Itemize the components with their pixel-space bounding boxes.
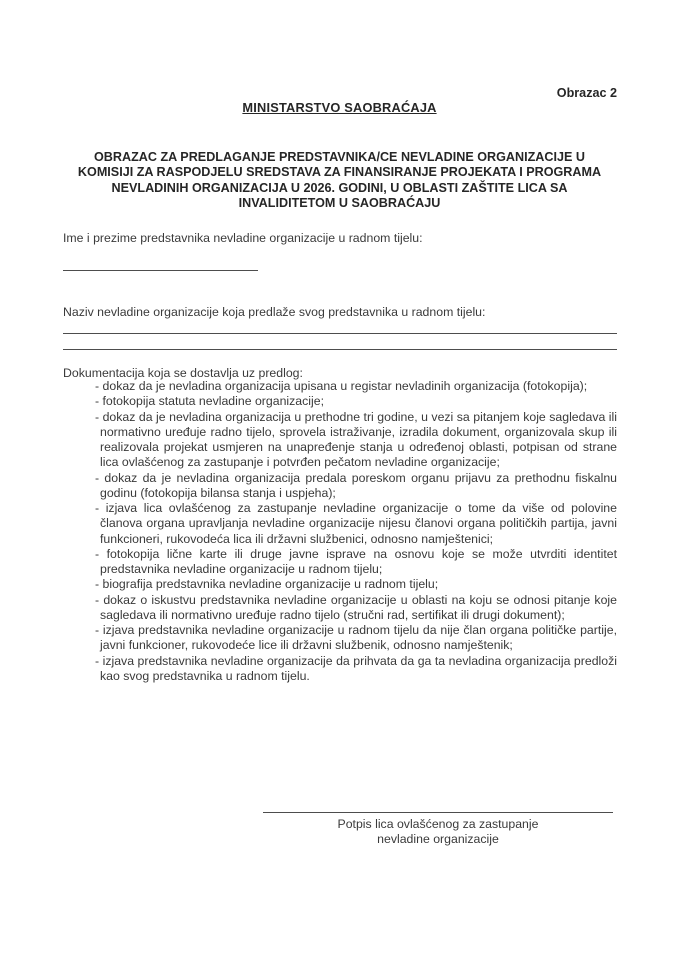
documentation-item: - fotokopija lične karte ili druge javne… — [95, 547, 617, 578]
representative-name-label: Ime i prezime predstavnika nevladine org… — [63, 231, 423, 245]
documentation-list: - dokaz da je nevladina organizacija upi… — [95, 379, 617, 684]
document-title-line-4: INVALIDITETOM U SAOBRAĆAJU — [40, 196, 639, 211]
document-title: OBRAZAC ZA PREDLAGANJE PREDSTAVNIKA/CE N… — [40, 150, 639, 211]
organization-name-label: Naziv nevladine organizacije koja predla… — [63, 305, 485, 319]
document-title-line-3: NEVLADINIH ORGANIZACIJA U 2026. GODINI, … — [40, 181, 639, 196]
documentation-item: - fotokopija statuta nevladine organizac… — [95, 394, 617, 409]
document-title-line-2: KOMISIJI ZA RASPODJELU SREDSTAVA ZA FINA… — [40, 165, 639, 180]
organization-name-field-line-2[interactable] — [63, 335, 617, 350]
documentation-item: - izjava predstavnika nevladine organiza… — [95, 623, 617, 654]
signature-line — [263, 812, 613, 813]
signature-caption-line-1: Potpis lica ovlašćenog za zastupanje — [263, 817, 613, 832]
signature-caption-line-2: nevladine organizacije — [263, 832, 613, 847]
representative-name-field[interactable] — [63, 256, 258, 271]
documentation-heading: Dokumentacija koja se dostavlja uz predl… — [63, 366, 303, 380]
document-title-line-1: OBRAZAC ZA PREDLAGANJE PREDSTAVNIKA/CE N… — [40, 150, 639, 165]
ministry-title: MINISTARSTVO SAOBRAĆAJA — [0, 100, 679, 115]
documentation-item: - dokaz da je nevladina organizacija u p… — [95, 410, 617, 471]
document-page: Obrazac 2 MINISTARSTVO SAOBRAĆAJA OBRAZA… — [0, 0, 679, 960]
documentation-item: - dokaz da je nevladina organizacija upi… — [95, 379, 617, 394]
documentation-item: - dokaz da je nevladina organizacija pre… — [95, 471, 617, 502]
documentation-item: - izjava predstavnika nevladine organiza… — [95, 654, 617, 685]
form-number: Obrazac 2 — [557, 86, 617, 100]
organization-name-field-line-1[interactable] — [63, 319, 617, 334]
documentation-item: - dokaz o iskustvu predstavnika nevladin… — [95, 593, 617, 624]
documentation-item: - biografija predstavnika nevladine orga… — [95, 577, 617, 592]
signature-block: Potpis lica ovlašćenog za zastupanje nev… — [263, 812, 613, 847]
documentation-item: - izjava lica ovlašćenog za zastupanje n… — [95, 501, 617, 547]
